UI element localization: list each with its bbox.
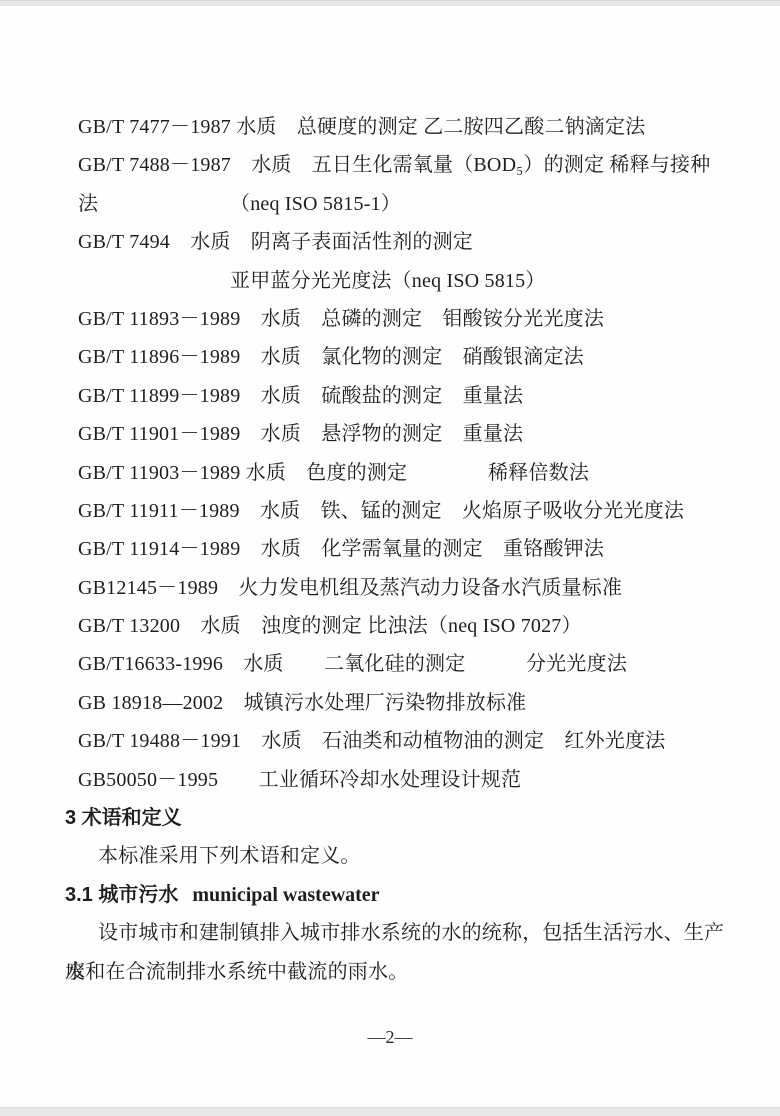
page-gap-bottom [0,1107,780,1116]
reference-line: GB/T 11893－1989 水质 总磷的测定 钼酸铵分光光度法 [65,300,730,338]
reference-line-continuation: （neq ISO 5815-1） [65,185,730,223]
definition-text-line: 设市城市和建制镇排入城市排水系统的水的统称，包括生活污水、生产废 [65,914,730,952]
subsection-heading-zh: 3.1 城市污水 [65,884,178,906]
page-number: —2— [0,1026,780,1048]
subsection-heading-municipal-wastewater: 3.1 城市污水municipal wastewater [65,876,730,914]
reference-line: GB/T 11914－1989 水质 化学需氧量的测定 重铬酸钾法 [65,530,730,568]
reference-line: GB/T 7488－1987 水质 五日生化需氧量（BOD₅）的测定 稀释与接种… [65,146,730,184]
reference-line: GB 18918—2002 城镇污水处理厂污染物排放标准 [65,684,730,722]
page-gap-top [0,0,780,6]
reference-line: GB/T 11911－1989 水质 铁、锰的测定 火焰原子吸收分光光度法 [65,492,730,530]
reference-line: GB/T 11896－1989 水质 氯化物的测定 硝酸银滴定法 [65,338,730,376]
reference-line: GB/T 11903－1989 水质 色度的测定 稀释倍数法 [65,454,730,492]
reference-line: GB/T 7477－1987 水质 总硬度的测定 乙二胺四乙酸二钠滴定法 [65,108,730,146]
page-content: GB/T 7477－1987 水质 总硬度的测定 乙二胺四乙酸二钠滴定法 GB/… [65,108,730,991]
reference-line: GB50050－1995 工业循环冷却水处理设计规范 [65,761,730,799]
reference-line: GB/T 7494 水质 阴离子表面活性剂的测定 [65,223,730,261]
reference-line: GB/T 19488－1991 水质 石油类和动植物油的测定 红外光度法 [65,722,730,760]
reference-line: GB/T 11901－1989 水质 悬浮物的测定 重量法 [65,415,730,453]
subsection-heading-en: municipal wastewater [192,884,379,906]
reference-line-continuation: 亚甲蓝分光光度法（neq ISO 5815） [65,262,730,300]
reference-line: GB/T16633-1996 水质 二氧化硅的测定 分光光度法 [65,645,730,683]
reference-line: GB/T 13200 水质 浊度的测定 比浊法（neq ISO 7027） [65,607,730,645]
document-page: { "colors": { "ink": "#1e1e1e", "page_ba… [0,0,780,1116]
reference-line: GB12145－1989 火力发电机组及蒸汽动力设备水汽质量标准 [65,569,730,607]
section-heading-terms: 3 术语和定义 [65,799,730,837]
definition-text-line: 水和在合流制排水系统中截流的雨水。 [65,953,730,991]
reference-line: GB/T 11899－1989 水质 硫酸盐的测定 重量法 [65,377,730,415]
terms-intro-text: 本标准采用下列术语和定义。 [65,837,730,875]
